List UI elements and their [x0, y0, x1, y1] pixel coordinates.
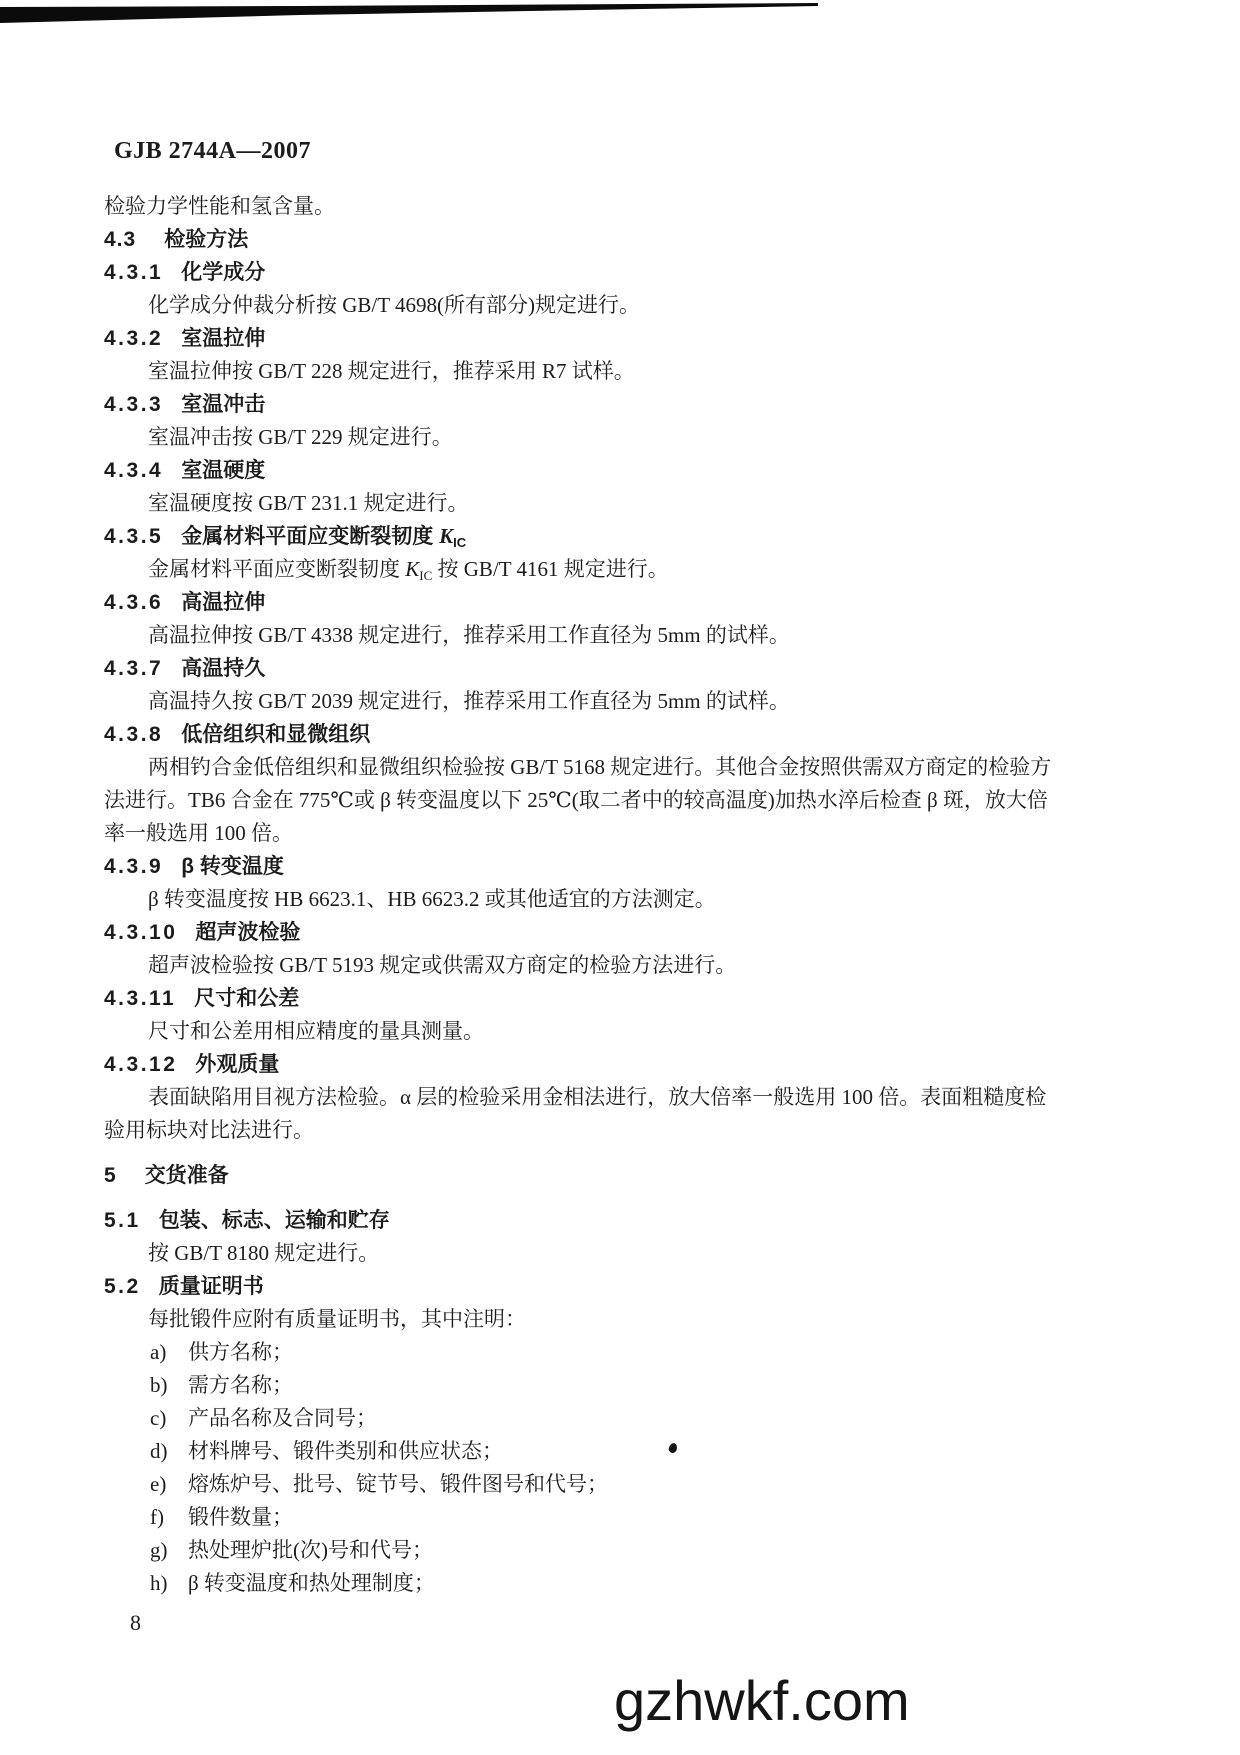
symbol-K: K	[405, 557, 419, 581]
section-title: 低倍组织和显微组织	[181, 723, 370, 746]
paragraph-line: 高温持久按 GB/T 2039 规定进行，推荐采用工作直径为 5mm 的试样。	[104, 685, 1144, 718]
list-text: 需方名称；	[188, 1373, 293, 1397]
paragraph-line: 每批锻件应附有质量证明书，其中注明：	[104, 1303, 1144, 1336]
list-text: 热处理炉批(次)号和代号；	[188, 1538, 433, 1562]
list-item: h)β 转变温度和热处理制度；	[104, 1567, 1144, 1600]
section-heading: 5.2质量证明书	[104, 1270, 1144, 1303]
section-number: 4.3.11	[104, 982, 176, 1015]
paragraph-line: 表面缺陷用目视方法检验。α 层的检验采用金相法进行，放大倍率一般选用 100 倍…	[104, 1081, 1144, 1114]
section-heading: 4.3.11尺寸和公差	[104, 982, 1144, 1015]
list-text: 熔炼炉号、批号、锭节号、锻件图号和代号；	[188, 1472, 608, 1496]
section-title: 室温冲击	[181, 393, 265, 416]
list-item: g)热处理炉批(次)号和代号；	[104, 1534, 1144, 1567]
section-heading: 4.3.10超声波检验	[104, 916, 1144, 949]
section-number: 4.3.10	[104, 916, 177, 949]
section-number: 4.3.1	[104, 256, 163, 289]
paragraph-line: 超声波检验按 GB/T 5193 规定或供需双方商定的检验方法进行。	[104, 949, 1144, 982]
section-title: 尺寸和公差	[194, 987, 299, 1010]
section-number: 4.3.5	[104, 520, 163, 553]
paragraph-line: 验用标块对比法进行。	[104, 1114, 1144, 1147]
paragraph-line: 室温硬度按 GB/T 231.1 规定进行。	[104, 487, 1144, 520]
section-heading: 4.3.5金属材料平面应变断裂韧度 KIC	[104, 520, 1144, 553]
section-heading: 4.3检验方法	[104, 223, 1144, 256]
paragraph-line: 法进行。TB6 合金在 775℃或 β 转变温度以下 25℃(取二者中的较高温度…	[104, 784, 1144, 817]
list-text: 锻件数量；	[188, 1505, 293, 1529]
list-item: d)材料牌号、锻件类别和供应状态；	[104, 1435, 1144, 1468]
list-letter: f)	[150, 1501, 188, 1534]
section-heading: 5.1包装、标志、运输和贮存	[104, 1204, 1144, 1237]
section-heading: 4.3.1化学成分	[104, 256, 1144, 289]
paragraph-line: 室温拉伸按 GB/T 228 规定进行，推荐采用 R7 试样。	[104, 355, 1144, 388]
symbol-K: K	[439, 524, 453, 548]
symbol-K-subscript: IC	[453, 535, 466, 550]
section-title: β 转变温度	[181, 855, 284, 878]
section-number: 5	[104, 1159, 117, 1192]
list-item: f)锻件数量；	[104, 1501, 1144, 1534]
section-title: 室温硬度	[181, 459, 265, 482]
section-heading: 4.3.9β 转变温度	[104, 850, 1144, 883]
standard-number: GJB 2744A—2007	[114, 138, 311, 165]
section-number: 4.3.4	[104, 454, 163, 487]
scan-artifact-bar	[0, 0, 1240, 32]
section-number: 4.3.9	[104, 850, 163, 883]
section-title: 金属材料平面应变断裂韧度	[181, 525, 439, 548]
section-number: 4.3.6	[104, 586, 163, 619]
section-number: 5.2	[104, 1270, 141, 1303]
list-item: b)需方名称；	[104, 1369, 1144, 1402]
watermark: gzhwkf.com	[614, 1668, 910, 1733]
section-heading: 4.3.3室温冲击	[104, 388, 1144, 421]
list-letter: e)	[150, 1468, 188, 1501]
list-letter: h)	[150, 1567, 188, 1600]
list-letter: g)	[150, 1534, 188, 1567]
section-number: 4.3.12	[104, 1048, 177, 1081]
document-body: 检验力学性能和氢含量。4.3检验方法4.3.1化学成分化学成分仲裁分析按 GB/…	[104, 190, 1144, 1600]
paragraph-line: 化学成分仲裁分析按 GB/T 4698(所有部分)规定进行。	[104, 289, 1144, 322]
section-title: 高温拉伸	[181, 591, 265, 614]
scanned-document-page: GJB 2744A—2007 检验力学性能和氢含量。4.3检验方法4.3.1化学…	[0, 0, 1240, 1755]
paragraph-line: 按 GB/T 8180 规定进行。	[104, 1237, 1144, 1270]
list-text: 产品名称及合同号；	[188, 1406, 377, 1430]
list-letter: b)	[150, 1369, 188, 1402]
page-number: 8	[130, 1610, 141, 1636]
section-heading: 4.3.2室温拉伸	[104, 322, 1144, 355]
paragraph-line: 高温拉伸按 GB/T 4338 规定进行，推荐采用工作直径为 5mm 的试样。	[104, 619, 1144, 652]
paragraph-line: 金属材料平面应变断裂韧度 KIC 按 GB/T 4161 规定进行。	[104, 553, 1144, 586]
section-heading: 4.3.8低倍组织和显微组织	[104, 718, 1144, 751]
list-item: a)供方名称；	[104, 1336, 1144, 1369]
list-text: β 转变温度和热处理制度；	[188, 1571, 435, 1595]
section-number: 4.3.7	[104, 652, 163, 685]
section-title: 化学成分	[181, 261, 265, 284]
paragraph-line: 两相钓合金低倍组织和显微组织检验按 GB/T 5168 规定进行。其他合金按照供…	[104, 751, 1144, 784]
section-heading: 4.3.12外观质量	[104, 1048, 1144, 1081]
section-title: 包装、标志、运输和贮存	[159, 1209, 390, 1232]
paragraph-line: β 转变温度按 HB 6623.1、HB 6623.2 或其他适宜的方法测定。	[104, 883, 1144, 916]
section-title: 超声波检验	[195, 921, 300, 944]
section-title: 质量证明书	[159, 1275, 264, 1298]
list-item: c)产品名称及合同号；	[104, 1402, 1144, 1435]
list-letter: a)	[150, 1336, 188, 1369]
section-number: 4.3.2	[104, 322, 163, 355]
paragraph-line: 尺寸和公差用相应精度的量具测量。	[104, 1015, 1144, 1048]
section-number: 5.1	[104, 1204, 141, 1237]
list-text: 供方名称；	[188, 1340, 293, 1364]
section-number: 4.3.3	[104, 388, 163, 421]
list-item: e)熔炼炉号、批号、锭节号、锻件图号和代号；	[104, 1468, 1144, 1501]
section-number: 4.3	[104, 223, 136, 256]
section-title: 室温拉伸	[181, 327, 265, 350]
list-letter: d)	[150, 1435, 188, 1468]
section-number: 4.3.8	[104, 718, 163, 751]
paragraph-line: 检验力学性能和氢含量。	[104, 190, 1144, 223]
list-letter: c)	[150, 1402, 188, 1435]
section-heading: 4.3.4室温硬度	[104, 454, 1144, 487]
section-title: 外观质量	[195, 1053, 279, 1076]
section-title: 检验方法	[164, 228, 248, 251]
text-segment: 按 GB/T 4161 规定进行。	[432, 557, 668, 581]
paragraph-line: 室温冲击按 GB/T 229 规定进行。	[104, 421, 1144, 454]
section-heading: 5交货准备	[104, 1159, 1144, 1192]
section-heading: 4.3.7高温持久	[104, 652, 1144, 685]
section-title: 交货准备	[145, 1164, 229, 1187]
section-heading: 4.3.6高温拉伸	[104, 586, 1144, 619]
list-text: 材料牌号、锻件类别和供应状态；	[188, 1439, 503, 1463]
text-segment: 金属材料平面应变断裂韧度	[148, 557, 405, 581]
section-title: 高温持久	[181, 657, 265, 680]
paragraph-line: 率一般选用 100 倍。	[104, 817, 1144, 850]
symbol-K-subscript: IC	[419, 568, 432, 583]
